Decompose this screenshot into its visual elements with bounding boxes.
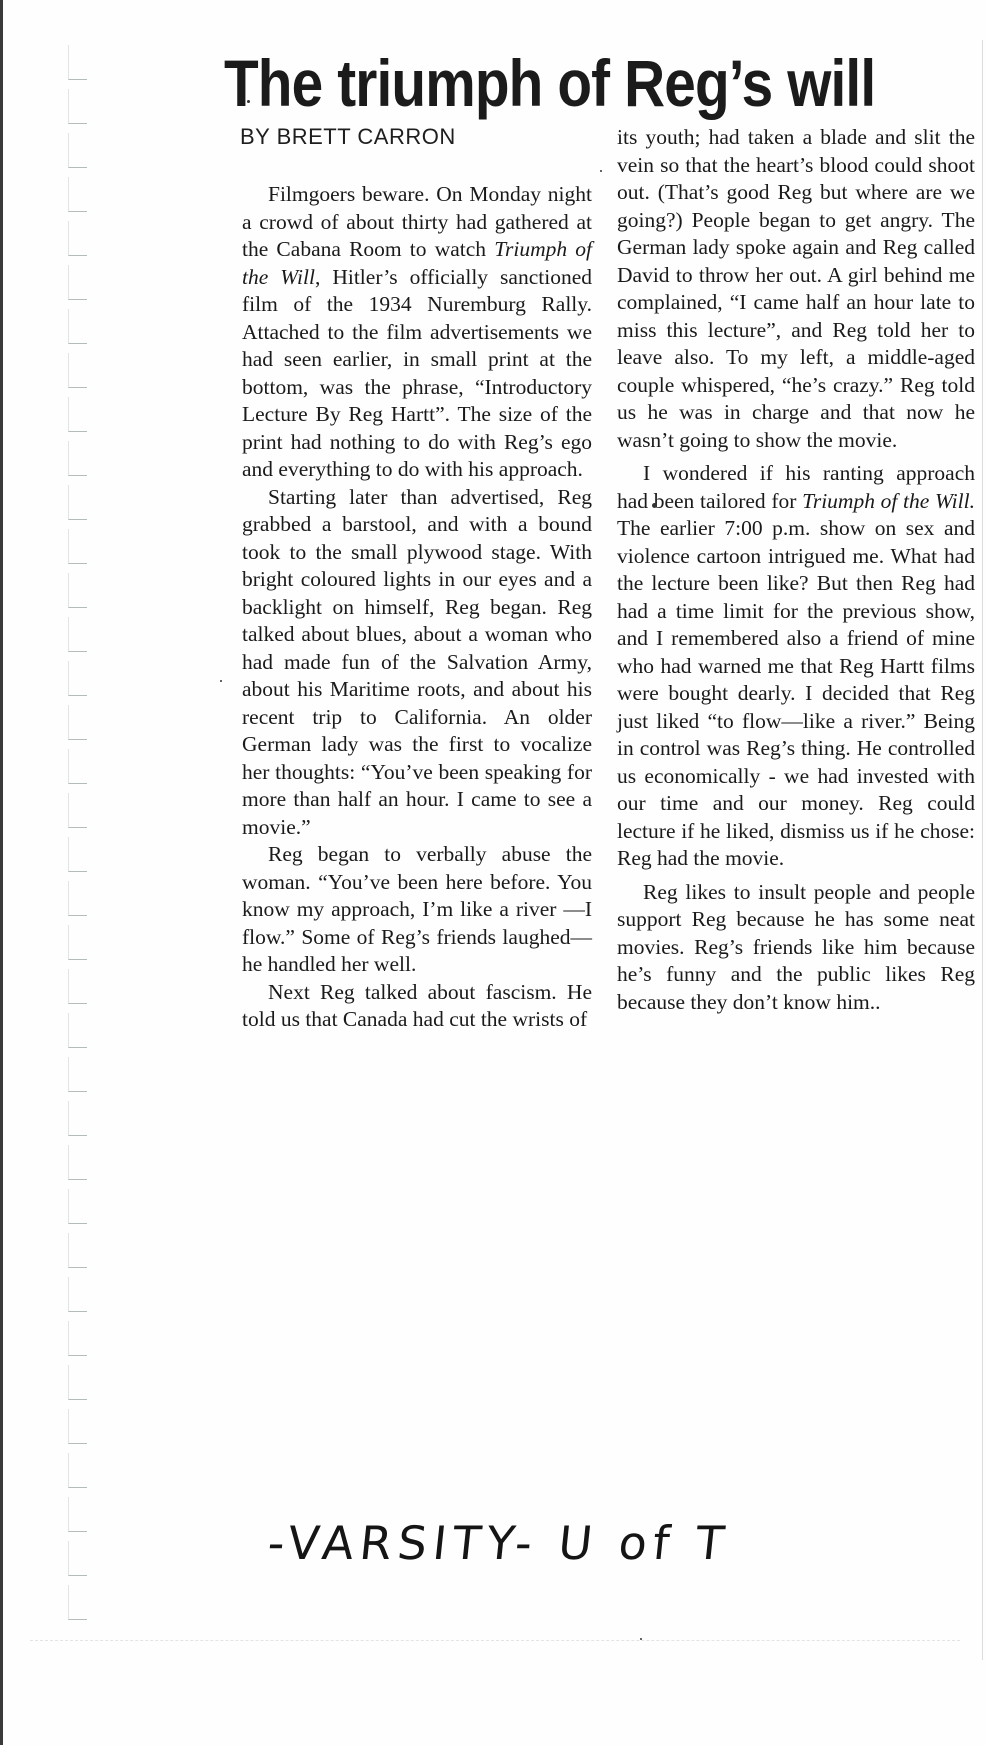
perforation-mark — [68, 705, 87, 740]
perforation-mark — [68, 1277, 87, 1312]
paragraph: Reg likes to insult people and people su… — [617, 879, 975, 1017]
perforation-mark — [68, 969, 87, 1004]
perforation-mark — [68, 353, 87, 388]
paragraph: Reg began to verbally abuse the woman. “… — [242, 841, 592, 979]
scan-speck — [247, 100, 250, 103]
newspaper-clipping: The triumph of Reg’s will BY BRETT CARRO… — [0, 0, 985, 1745]
paragraph: Next Reg talked about fascism. He told u… — [242, 979, 592, 1034]
perforation-mark — [68, 1541, 87, 1576]
perforation-mark — [68, 1013, 87, 1048]
perforation-mark — [68, 573, 87, 608]
perforation-mark — [68, 485, 87, 520]
perforation-mark — [68, 265, 87, 300]
perforation-mark — [68, 661, 87, 696]
perforation-mark — [68, 45, 87, 80]
perforation-mark — [68, 881, 87, 916]
scan-speck — [600, 170, 602, 172]
perforation-mark — [68, 441, 87, 476]
clipping-bottom-edge — [30, 1640, 960, 1642]
perforation-mark — [68, 749, 87, 784]
perforation-mark — [68, 1585, 87, 1620]
perforation-mark — [68, 89, 87, 124]
perforation-mark — [68, 617, 87, 652]
paragraph: I wondered if his ranting approach had b… — [617, 460, 975, 873]
perforation-mark — [68, 1057, 87, 1092]
perforation-mark — [68, 1409, 87, 1444]
handwritten-source-note: -VARSITY- U of T — [265, 1516, 733, 1570]
perforation-mark — [68, 397, 87, 432]
perforation-mark — [68, 837, 87, 872]
perforation-mark — [68, 309, 87, 344]
paragraph: Starting later than advertised, Reg grab… — [242, 484, 592, 842]
perforation-mark — [68, 529, 87, 564]
perforation-mark — [68, 221, 87, 256]
film-title: Triumph of the Will. — [802, 489, 975, 513]
paragraph: Filmgoers beware. On Monday night a crow… — [242, 181, 592, 484]
byline: BY BRETT CARRON — [240, 124, 456, 150]
perforation-mark — [68, 925, 87, 960]
perforation-mark — [68, 1365, 87, 1400]
article-column-1: Filmgoers beware. On Monday night a crow… — [242, 181, 592, 1034]
perforation-mark — [68, 1497, 87, 1532]
headline: The triumph of Reg’s will — [224, 48, 878, 118]
perforation-mark — [68, 177, 87, 212]
perforation-mark — [68, 133, 87, 168]
perforation-mark — [68, 1101, 87, 1136]
scan-edge — [0, 0, 3, 1745]
perforation-mark — [68, 1453, 87, 1488]
perforation-mark — [68, 793, 87, 828]
article-column-2: its youth; had taken a blade and slit th… — [617, 124, 975, 1016]
perforation-mark — [68, 1189, 87, 1224]
paragraph: its youth; had taken a blade and slit th… — [617, 124, 975, 454]
perforation-mark — [68, 1233, 87, 1268]
perforation-mark — [68, 1321, 87, 1356]
clipping-edge — [982, 40, 983, 1660]
perforation-mark — [68, 1145, 87, 1180]
scan-speck — [640, 1638, 642, 1640]
scan-speck — [220, 680, 222, 682]
scan-speck — [652, 503, 657, 508]
